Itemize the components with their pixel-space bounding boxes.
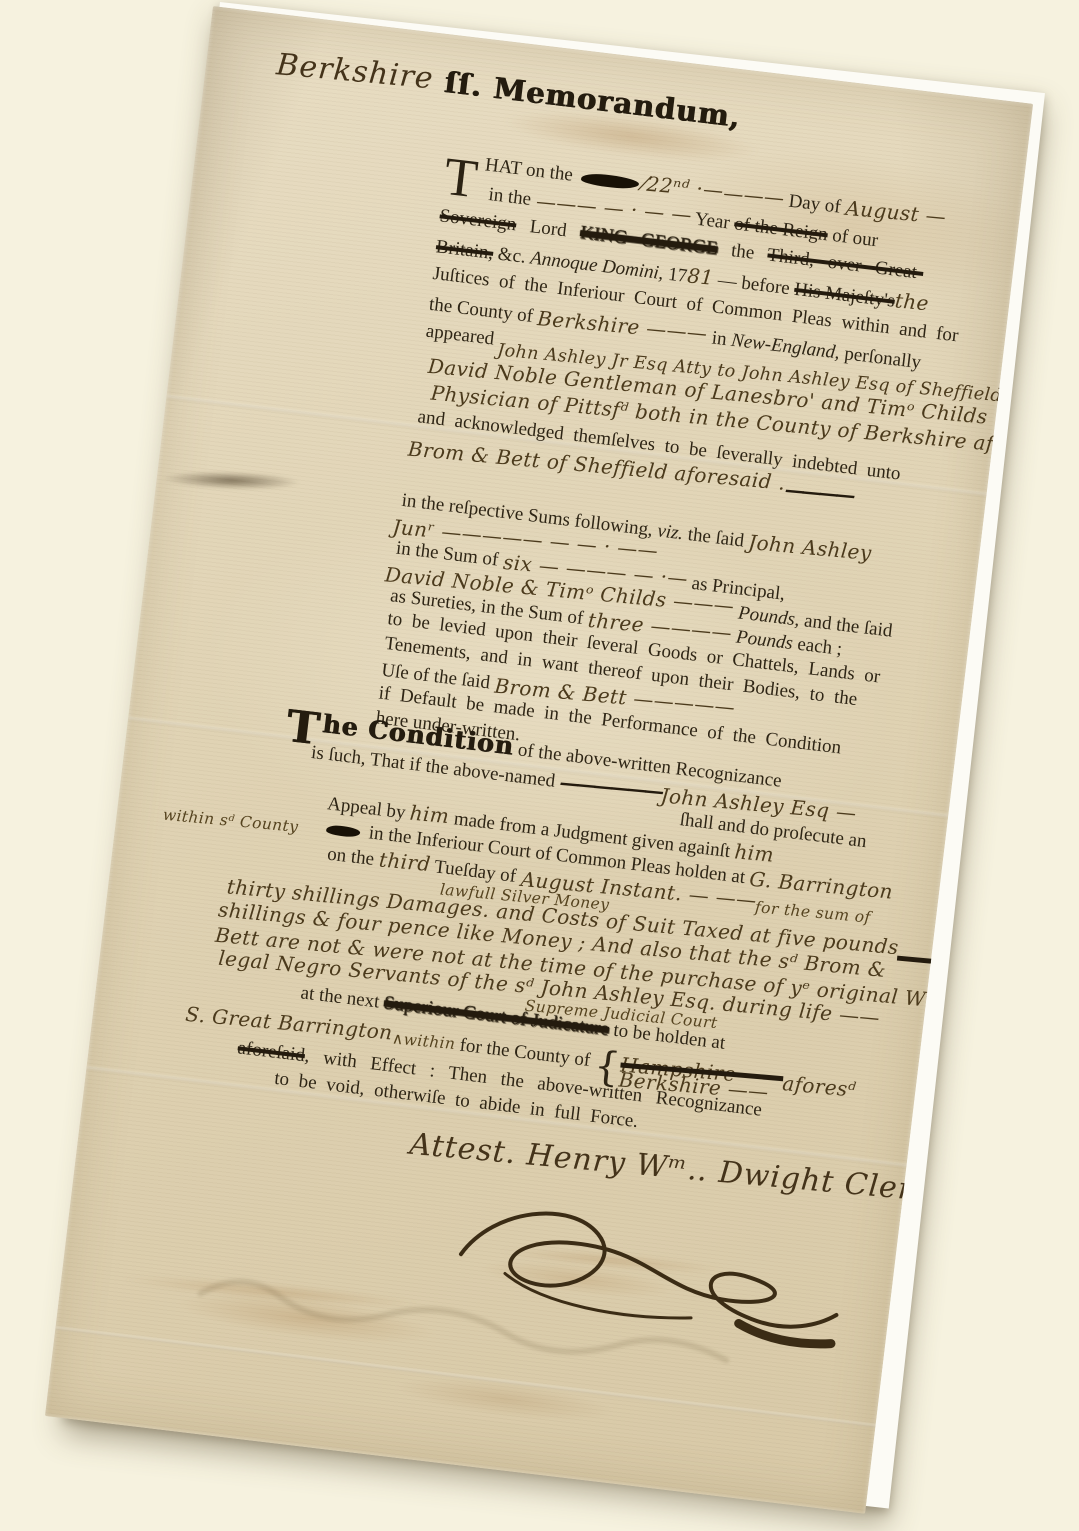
handwritten-text: 81 [686,263,714,289]
printed-text: in [706,327,733,351]
struck-printed-text: Britain, [435,236,495,264]
handwritten-note: ∧within [391,1026,456,1056]
handwritten-text: the [894,288,930,315]
printed-text: — before [712,269,796,300]
printed-text: in the [487,184,537,210]
handwritten-text: ⁄22ⁿᵈ ·— [642,171,725,202]
printed-text: perſonally [839,343,923,374]
printed-text: Year [690,208,736,234]
printed-text: at the next [300,982,386,1013]
printed-text: on the [326,844,380,871]
printed-text: &c. [492,243,532,268]
handwritten-dash: ———— [784,477,854,507]
photo-background: Berkshire ſſ. Memorandum,THAT on the ⁄22… [0,0,1079,1531]
printed-italic-text: viz. [656,520,684,544]
document-content: Berkshire ſſ. Memorandum,THAT on the ⁄22… [213,6,1033,104]
printed-text: the [716,239,769,266]
drop-cap: T [443,161,479,195]
ink-blot [581,172,640,191]
handwritten-text: ——— [722,181,785,210]
printed-text: of our [826,224,879,251]
handwritten-text: John Ashley [748,530,873,565]
handwritten-note: within sᵈ County [162,803,300,839]
printed-text: Lord [515,215,581,243]
handwritten-text: aforesᵈ [781,1071,857,1102]
doc-line: within sᵈ County [162,801,300,842]
printed-text: 17 [662,263,688,287]
ink-smudge [161,469,301,491]
handwritten-large-text: Berkshire [275,53,434,91]
printed-text: Day of [783,190,847,218]
handwritten-text: third [378,847,432,876]
handwritten-text: ten [957,953,993,980]
ink-blot [326,825,361,839]
document-paper: Berkshire ſſ. Memorandum,THAT on the ⁄22… [45,6,1033,1514]
printed-text: the ſaid [682,523,750,552]
handwritten-text: August — [844,196,947,229]
